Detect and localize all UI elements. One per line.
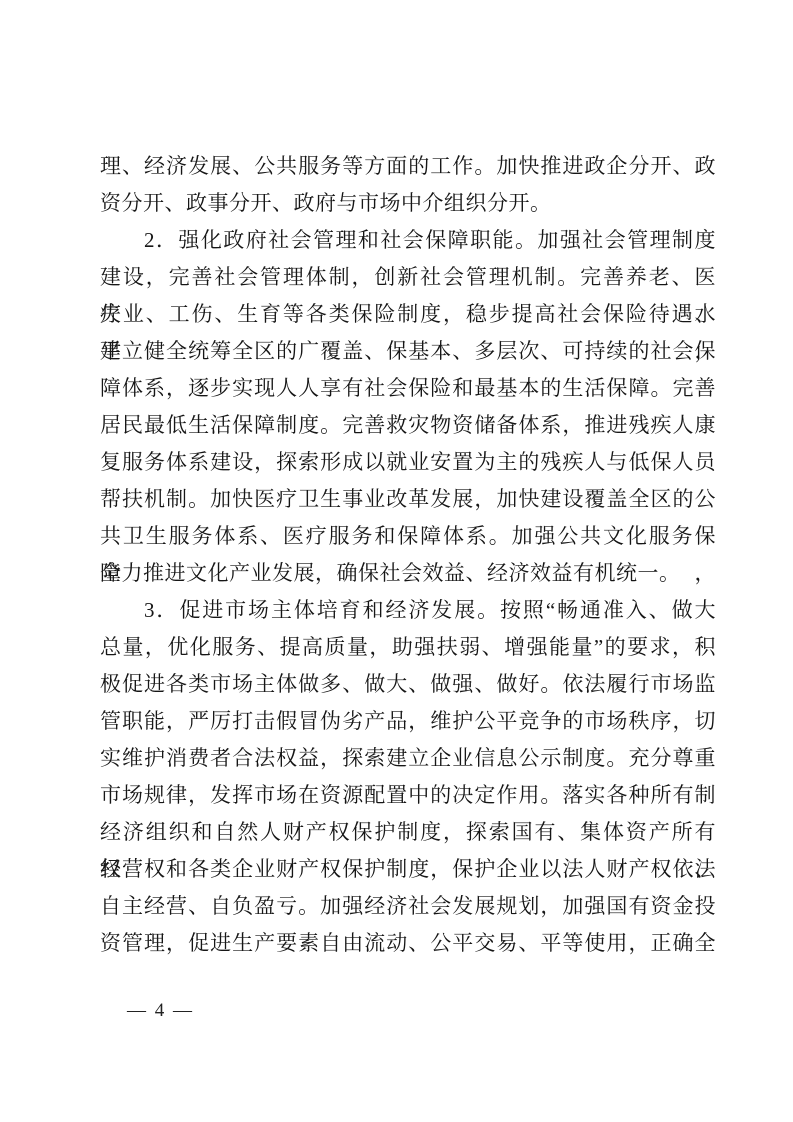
page-number: — 4 — bbox=[127, 1000, 194, 1022]
text-line: 实维护消费者合法权益，探索建立企业信息公示制度。充分尊重 bbox=[100, 740, 716, 777]
text-line: 全力推进文化产业发展，确保社会效益、经济效益有机统一。 bbox=[100, 555, 716, 592]
text-line: 经济组织和自然人财产权保护制度，探索国有、集体资产所有权、 bbox=[100, 814, 716, 851]
text-line: 建立健全统筹全区的广覆盖、保基本、多层次、可持续的社会保 bbox=[100, 333, 716, 370]
text-block: 理、经济发展、公共服务等方面的工作。加快推进政企分开、政资分开、政事分开、政府与… bbox=[100, 148, 716, 962]
text-line: 理、经济发展、公共服务等方面的工作。加快推进政企分开、政 bbox=[100, 148, 716, 185]
text-line: 资管理，促进生产要素自由流动、公平交易、平等使用，正确全 bbox=[100, 925, 716, 962]
text-line: 失业、工伤、生育等各类保险制度，稳步提高社会保险待遇水平， bbox=[100, 296, 716, 333]
text-line: 管职能，严厉打击假冒伪劣产品，维护公平竞争的市场秩序，切 bbox=[100, 703, 716, 740]
text-line: 共卫生服务体系、医疗服务和保障体系。加强公共文化服务保障， bbox=[100, 518, 716, 555]
text-line: 3．促进市场主体培育和经济发展。按照“畅通准入、做大 bbox=[100, 592, 716, 629]
text-line: 障体系，逐步实现人人享有社会保险和最基本的生活保障。完善 bbox=[100, 370, 716, 407]
text-line: 建设，完善社会管理体制，创新社会管理机制。完善养老、医疗、 bbox=[100, 259, 716, 296]
text-line: 2．强化政府社会管理和社会保障职能。加强社会管理制度 bbox=[100, 222, 716, 259]
text-line: 总量，优化服务、提高质量，助强扶弱、增强能量”的要求，积 bbox=[100, 629, 716, 666]
text-line: 自主经营、自负盈亏。加强经济社会发展规划，加强国有资金投 bbox=[100, 888, 716, 925]
text-line: 帮扶机制。加快医疗卫生事业改革发展，加快建设覆盖全区的公 bbox=[100, 481, 716, 518]
text-line: 市场规律，发挥市场在资源配置中的决定作用。落实各种所有制 bbox=[100, 777, 716, 814]
text-line: 经营权和各类企业财产权保护制度，保护企业以法人财产权依法 bbox=[100, 851, 716, 888]
text-line: 极促进各类市场主体做多、做大、做强、做好。依法履行市场监 bbox=[100, 666, 716, 703]
document-page: 理、经济发展、公共服务等方面的工作。加快推进政企分开、政资分开、政事分开、政府与… bbox=[0, 0, 793, 1122]
text-line: 居民最低生活保障制度。完善救灾物资储备体系，推进残疾人康 bbox=[100, 407, 716, 444]
text-line: 复服务体系建设，探索形成以就业安置为主的残疾人与低保人员 bbox=[100, 444, 716, 481]
text-line: 资分开、政事分开、政府与市场中介组织分开。 bbox=[100, 185, 716, 222]
